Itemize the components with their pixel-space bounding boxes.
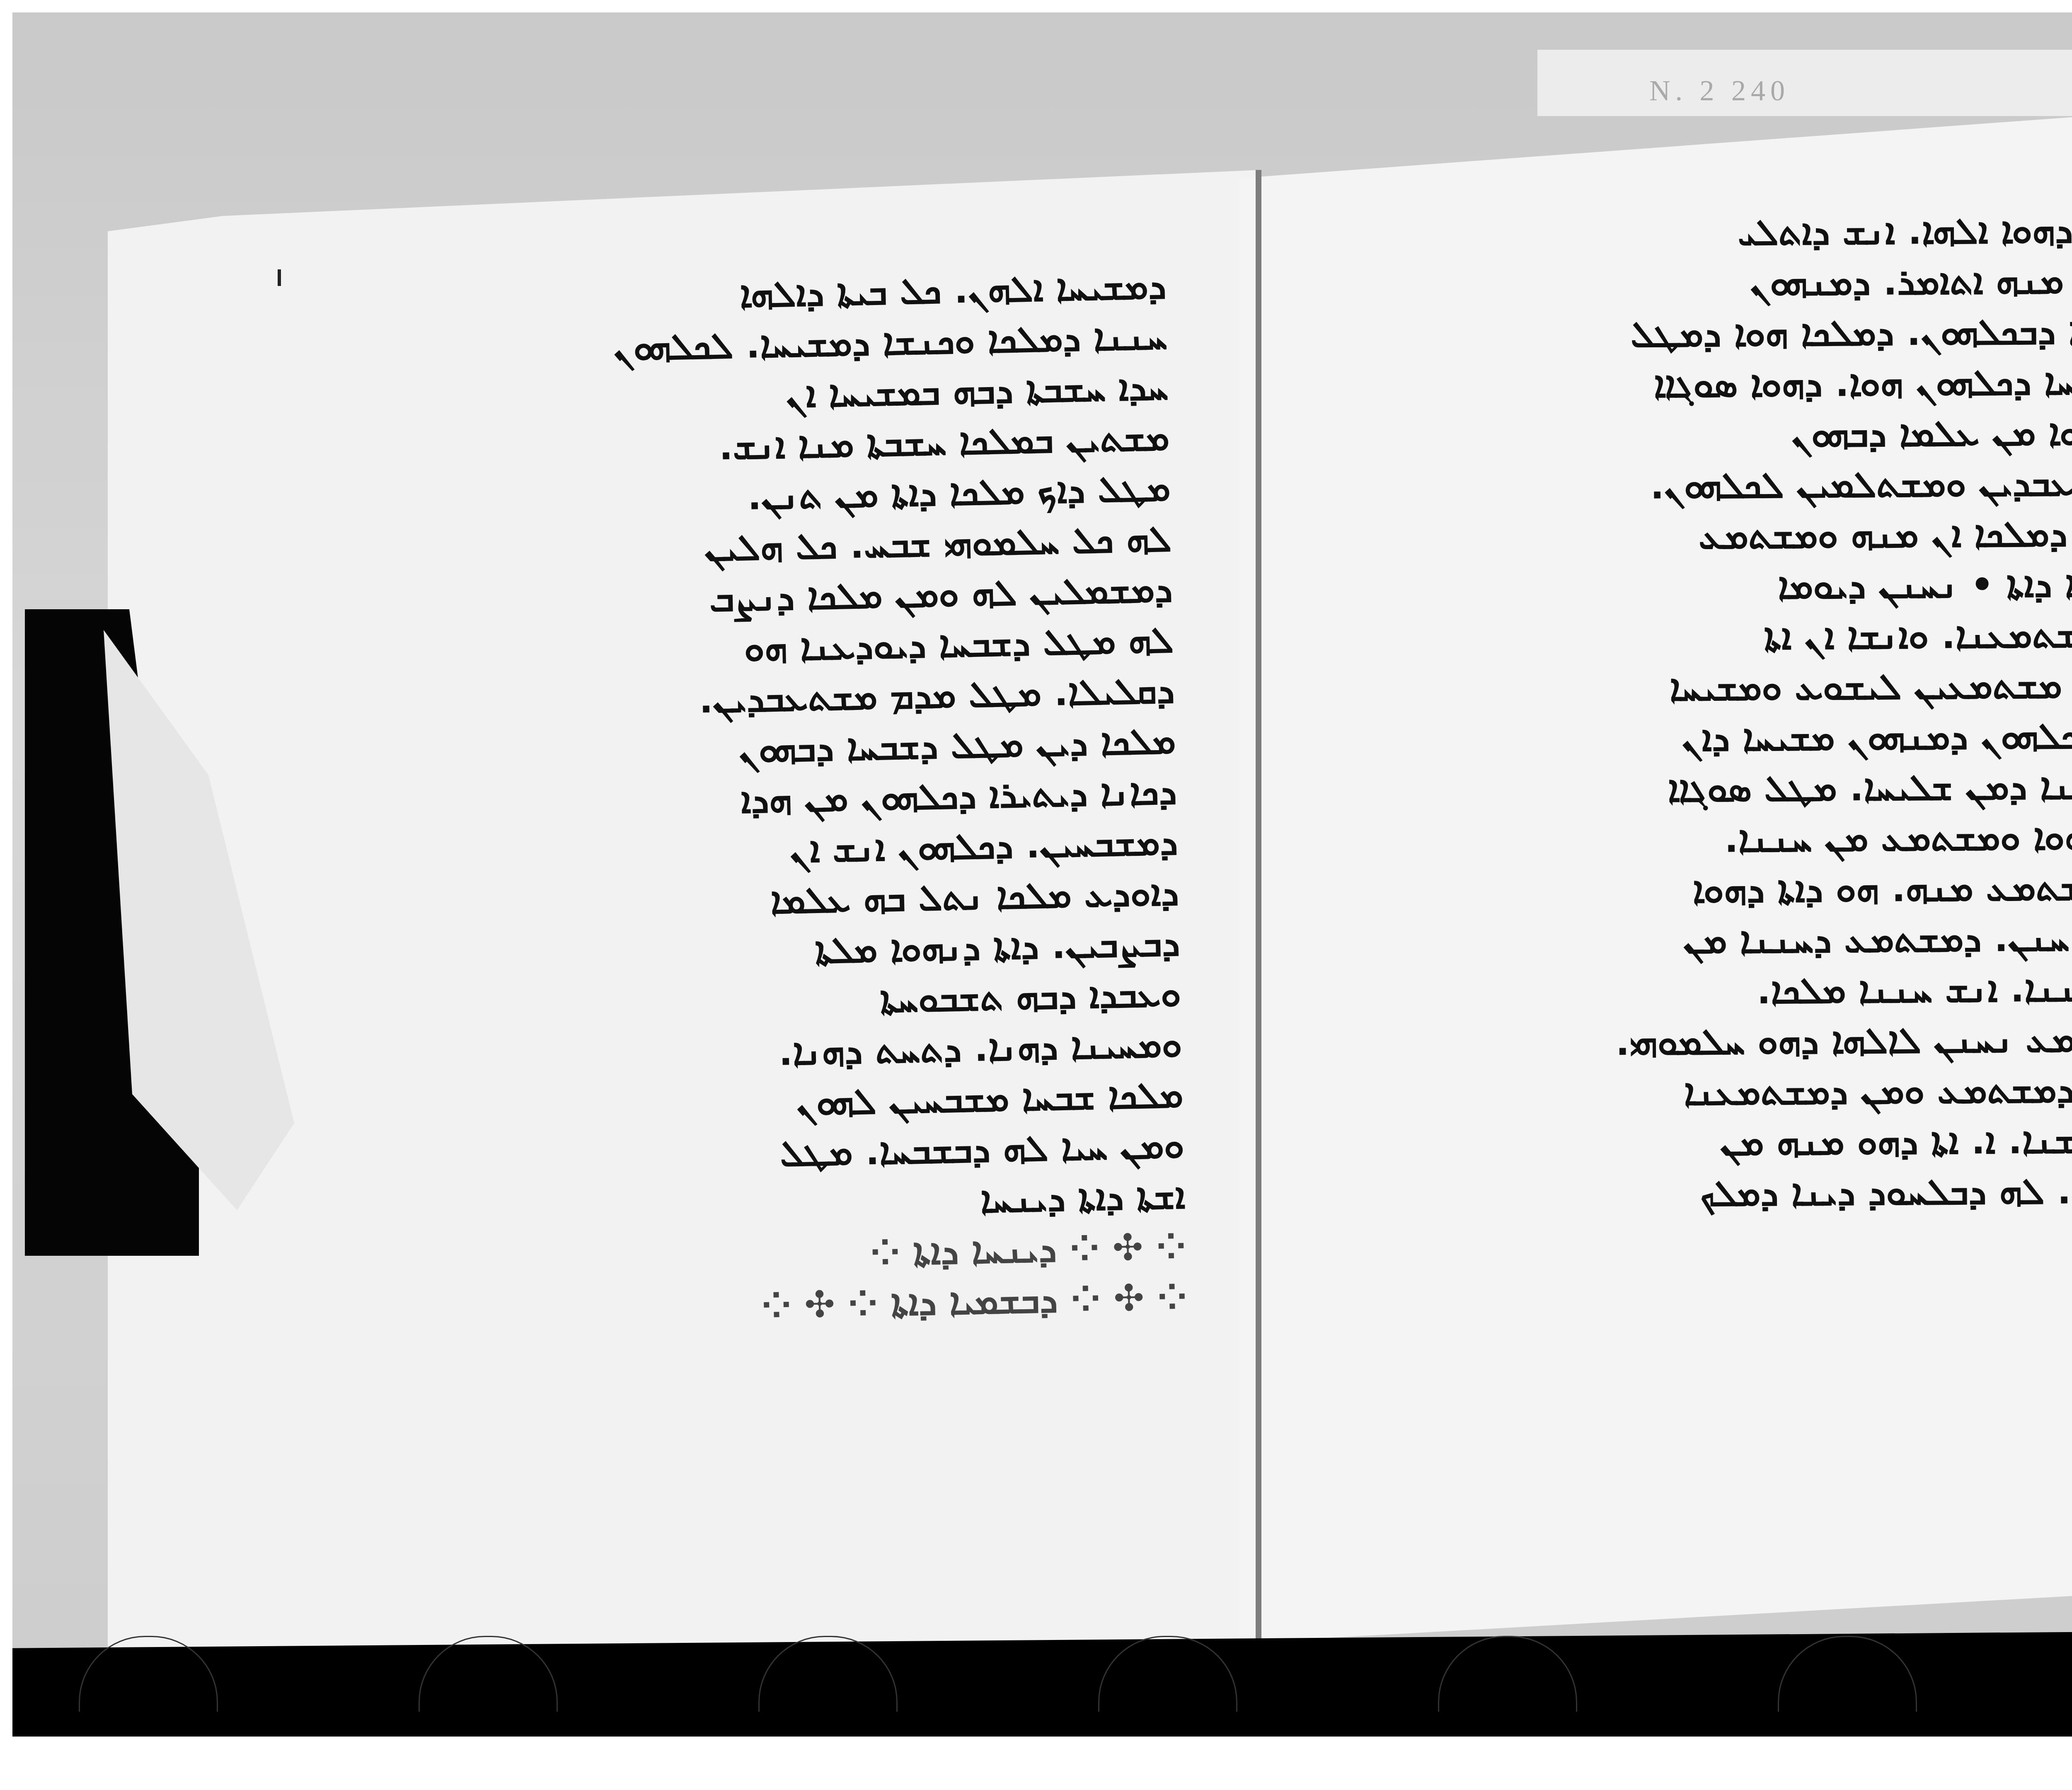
shelfmark-card [1537, 50, 2072, 116]
text-line: ܕܡܫܬܥܒܕܝܢ ܘܡܫܬܠܡܝܢ ܠܟܠܗܘܢ. [1332, 457, 2072, 514]
text-line: ܫܠܡܐ ܕܡܫܬܡܥ ܘܡܢ ܕܡܫܬܡܥܢܐ [1337, 1064, 2072, 1120]
text-line: ܗܘܐ ܚܢܢܐ. ܐܢܫ ܚܢܢܐ ܡܠܟܐ. [1336, 963, 2072, 1019]
book-gutter [1256, 170, 1261, 1703]
text-line: ܕܒܗܘܢ. ܠܗ ܕܒܠܚܘܕ ܕܝܢܐ ܕܡܠܟ [1337, 1165, 2072, 1221]
text-line: ܕܐܬܐ ܗܘܐ ܡܢ ܥܠܡܐ ܕܒܗܘܢ [1332, 407, 2072, 463]
text-line: ܐܢܐ ܐܢ ܚܢܢ. ܕܡܫܬܡܥ ܕܚܢܢܐ ܡܢ [1336, 912, 2072, 969]
text-line: ܡܫܡܫܢܐ ܕܡܢ ܫܠܝܚܐ. ܡܛܠ ܣܘܓܐܐ [1334, 761, 2072, 817]
photo-frame: N. 2 240 ܠܘ ܕܡܫܝܚܐ ܐܠܗܢ. ܟܠ ܒܝܬܐ ܕܐܠܗܐ ܚ… [12, 12, 2072, 1737]
text-line: ܗܘܐ ܕܟܠܗܘܢ ܕܡܢܗܘܢ ܡܫܝܚܐ ܕܐܢ [1334, 710, 2072, 766]
text-line: ܕܝܢ [1338, 1216, 2072, 1272]
text-line: ܚܢܢܐ ܕܗܘܐ ܐܠܗܐ. ܐܢܫ ܕܐܬܠܝ [1331, 204, 2072, 261]
ink-mark [278, 269, 281, 286]
text-line: ܘܡܫܬܡܥ ܢܚܢܢ ܠܐܠܗܐ ܕܗܘ ܚܠܡܘܗܝ. [1336, 1013, 2072, 1070]
text-line: ܠܡܠܟܐ ܕܐܬܐ • ܢܚܢܢ ܕܝܘܡܐ [1333, 558, 2072, 615]
text-line: ܘܐܢܫܐ ܕܡܠܟܐ ܐܢ ܡܢܗ ܘܡܫܬܡܥ [1333, 508, 2072, 564]
text-line: ܐܢܫܝܢ ܡܢܗ ܐܬܐܡܪ. ܕܡܢܗܘܢ [1331, 255, 2072, 311]
text-line: ܘܡܫܡܫܢܐ. ܐ. ܐܬܐ ܕܗܘ ܡܢܗ ܡܢ [1337, 1114, 2072, 1171]
left-page-text: ܕܡܫܝܚܐ ܐܠܗܢ. ܟܠ ܒܝܬܐ ܕܐܠܗܐ ܚܢܢܐ ܕܡܠܟܐ ܘܟ… [316, 261, 1188, 1340]
text-line: ܕܚܢܢܐ ܕܒܟܠܗܘܢ. ܕܡܠܟܐ ܗܘܐ ܕܡܛܠ [1331, 305, 2072, 362]
shelfmark-label: N. 2 240 [1649, 75, 1790, 108]
text-line: ܕܐܢ ܡܫܬܡܥܢܐ. ܘܐܢܫܐ ܐܢ ܐܬܐ [1334, 609, 2072, 665]
text-line: ܗܢܐ • ܡܫܬܡܥܝܢ ܠܝܫܘܥ ܘܡܫܝܚܐ [1334, 659, 2072, 716]
right-page-text: ܚܢܢܐ ܕܗܘܐ ܐܠܗܐ. ܐܢܫ ܕܐܬܠܝ ܐܢܫܝܢ ܡܢܗ ܐܬܐܡ… [1331, 204, 2072, 1272]
text-line: ܕܐܬܐ ܕܗܘܐ ܘܡܫܬܡܥ ܡܢ ܚܢܢܐ. [1335, 811, 2072, 867]
text-line: ܘܕܡܫܚܐ ܕܟܠܗܘܢ ܗܘܐ. ܕܗܘܐ ܣܘܓܐܐ [1332, 356, 2072, 412]
text-line: ܕܐ ܕܡܫܬܡܥ ܡܢܗ. ܗܘ ܕܐܬܐ ܕܗܘܐ [1335, 862, 2072, 918]
